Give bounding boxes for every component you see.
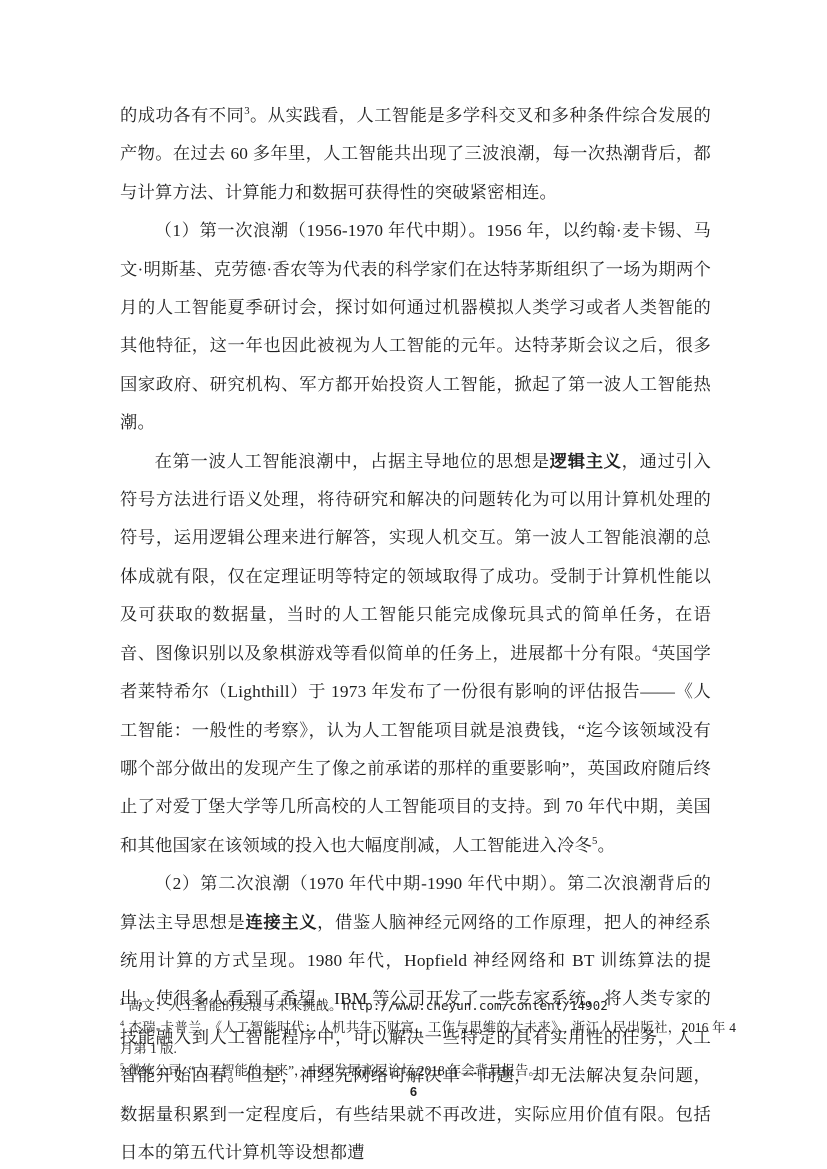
- footnote-url: http://www.cheyun.com/content/14902: [342, 998, 607, 1013]
- footnotes-section: 3高文：人工智能的发展与未来挑战。http://www.cheyun.com/c…: [120, 995, 736, 1081]
- document-page: 的成功各有不同3。从实践看，人工智能是多学科交叉和多种条件综合发展的产物。在过去…: [0, 0, 827, 1169]
- text-run: 高文：人工智能的发展与未来挑战。: [128, 998, 342, 1013]
- text-run: ，通过引入符号方法进行语义处理，将待研究和解决的问题转化为可以用计算机处理的符号…: [120, 452, 711, 663]
- paragraph-2: （1）第一次浪潮（1956-1970 年代中期）。1956 年，以约翰·麦卡锡、…: [120, 212, 711, 442]
- paragraph-1: 的成功各有不同3。从实践看，人工智能是多学科交叉和多种条件综合发展的产物。在过去…: [120, 97, 711, 212]
- text-run: 杰瑞-卡普兰. 《人工智能时代：人机共生下财富、工作与思维的大未来》，浙江人民出…: [120, 1020, 736, 1057]
- text-run: 微软公司. “人工智能的未来”，中国发展高层论坛 2018 年会背景报告。: [128, 1063, 542, 1078]
- footnote-marker: 3: [120, 998, 124, 1007]
- paragraph-3: 在第一波人工智能浪潮中，占据主导地位的思想是逻辑主义，通过引入符号方法进行语义处…: [120, 443, 711, 865]
- text-run: 的成功各有不同: [120, 106, 244, 125]
- footnote-4: 4杰瑞-卡普兰. 《人工智能时代：人机共生下财富、工作与思维的大未来》，浙江人民…: [120, 1017, 736, 1060]
- footnote-3: 3高文：人工智能的发展与未来挑战。http://www.cheyun.com/c…: [120, 995, 736, 1017]
- footnote-5: 5微软公司. “人工智能的未来”，中国发展高层论坛 2018 年会背景报告。: [120, 1060, 736, 1082]
- footnote-marker: 4: [120, 1019, 124, 1028]
- page-number: 6: [0, 1084, 827, 1099]
- bold-term: 连接主义: [245, 913, 317, 932]
- text-run: 。: [598, 836, 615, 855]
- footnote-marker: 5: [120, 1062, 124, 1071]
- text-run: 在第一波人工智能浪潮中，占据主导地位的思想是: [155, 452, 550, 471]
- text-run: （1）第一次浪潮（1956-1970 年代中期）。1956 年，以约翰·麦卡锡、…: [120, 221, 711, 432]
- text-run: 英国学者莱特希尔（Lighthill）于 1973 年发布了一份很有影响的评估报…: [120, 644, 711, 855]
- bold-term: 逻辑主义: [550, 452, 622, 471]
